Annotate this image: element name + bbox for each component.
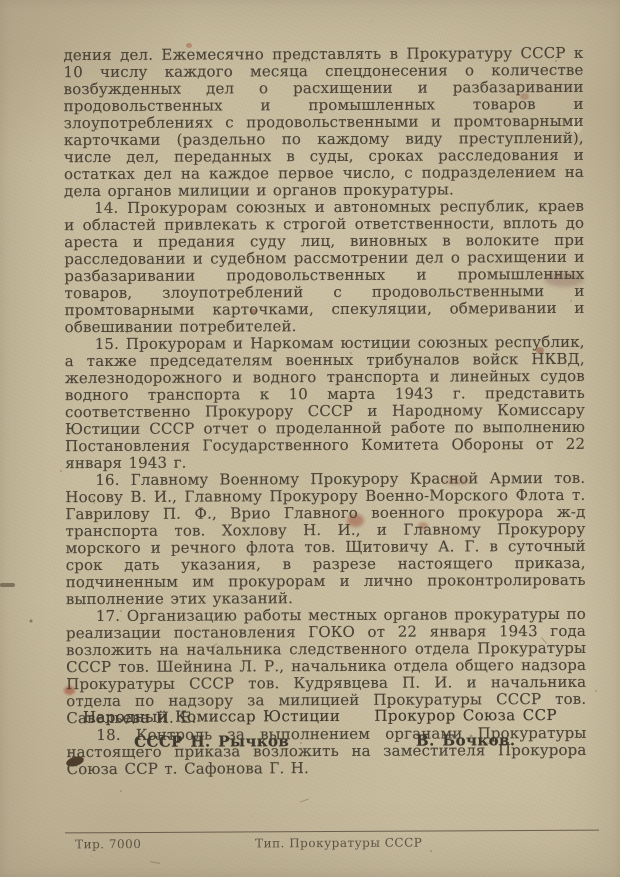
paragraph-item-15: 15. Прокурорам и Наркомам юстиции союзны… [65, 334, 586, 472]
margin-mark [0, 583, 15, 587]
paragraph-item-14: 14. Прокурорам союзных и автономных респ… [64, 198, 585, 336]
paper-speckles [0, 0, 2, 2]
signature-right: Прокурор Союза ССР В. Бочков. [374, 703, 557, 754]
printing-house-label: Тип. Прокуратуры СССР [255, 836, 422, 851]
paper-fiber [300, 798, 309, 802]
paragraph-continuation: дения дел. Ежемесячно представлять в Про… [63, 45, 584, 200]
imprint-footer: Тир. 7000 Тип. Прокуратуры СССР [65, 830, 599, 838]
signature-left-title: Народный Комиссар Юстиции [83, 704, 340, 730]
signature-left: Народный Комиссар Юстиции СССР Н. Рычков [83, 704, 340, 755]
paper-fiber [150, 861, 160, 864]
scanned-document-page: дения дел. Ежемесячно представлять в Про… [0, 0, 620, 877]
signature-left-name: СССР Н. Рычков [83, 729, 340, 755]
paragraph-item-16: 16. Главному Военному Прокурору Красной … [65, 470, 586, 608]
signature-block: Народный Комиссар Юстиции СССР Н. Рычков… [65, 703, 585, 755]
print-run-label: Тир. 7000 [75, 837, 141, 851]
signature-right-title: Прокурор Союза ССР [374, 703, 557, 729]
order-text-block: дения дел. Ежемесячно представлять в Про… [63, 45, 586, 778]
signature-right-name: В. Бочков. [374, 728, 557, 754]
